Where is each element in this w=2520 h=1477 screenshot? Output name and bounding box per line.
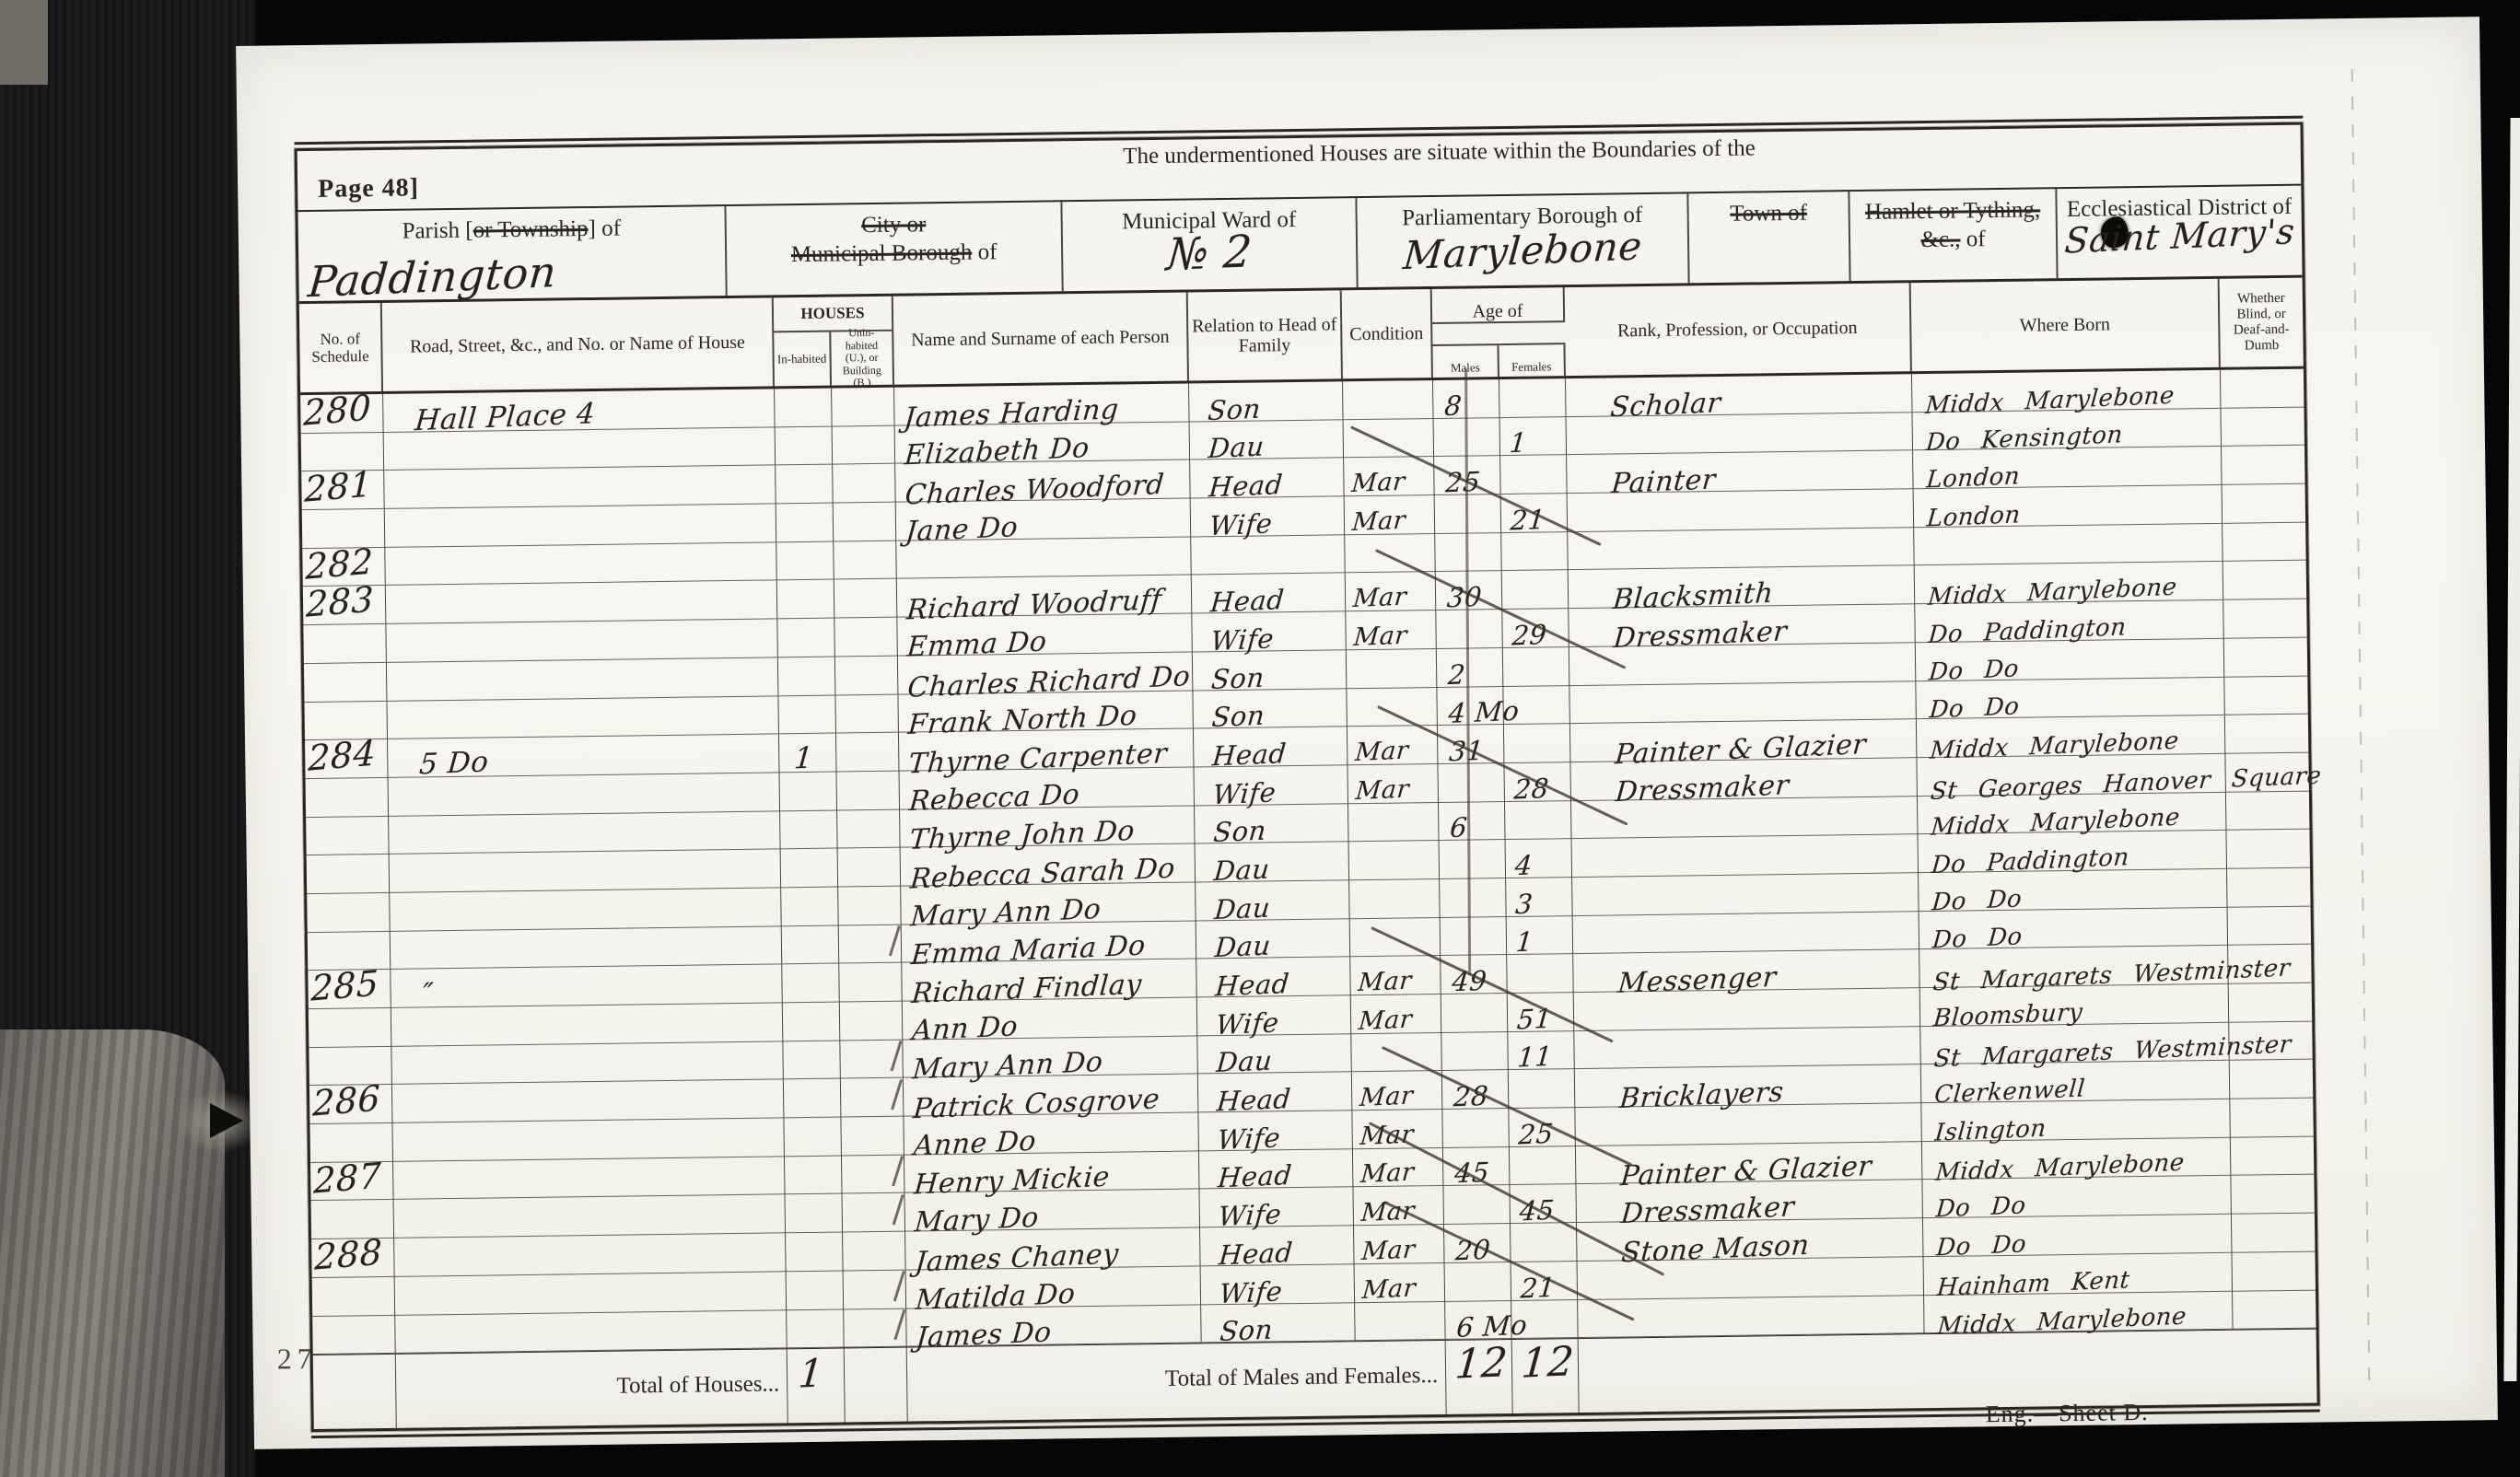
cell-age-male	[1441, 1032, 1509, 1072]
cell-uninhabited	[837, 772, 901, 811]
cell-age-female	[1511, 1223, 1578, 1262]
handwritten-entry: Mar	[1350, 468, 1406, 499]
cell-born: Do Do	[1919, 869, 2228, 912]
adjacent-page-edge	[2503, 118, 2520, 1381]
cell-schedule	[306, 778, 390, 818]
cell-relation: Dau	[1197, 1034, 1352, 1075]
handwritten-entry: 21	[1510, 504, 1547, 537]
cell-born: St Margarets Westminster	[1920, 1022, 2230, 1064]
handwritten-entry: Mar	[1352, 621, 1408, 652]
handwritten-entry: 30	[1446, 581, 1484, 614]
cell-condition: Mar	[1350, 956, 1441, 995]
cell-relation: Dau	[1190, 420, 1345, 460]
cell-blind	[2230, 1060, 2314, 1099]
cell-uninhabited	[835, 694, 899, 734]
cell-uninhabited	[844, 1308, 907, 1348]
cell-born: Do Do	[1922, 1176, 2232, 1218]
cell-inhabited	[777, 619, 835, 657]
cell-name: Jane Do	[896, 499, 1192, 541]
cell-name: Thyrne John Do	[900, 806, 1196, 848]
handwritten-entry: Mar	[1360, 1197, 1417, 1228]
handwritten-entry: 25	[1517, 1118, 1555, 1151]
scan-corner-patch	[0, 0, 48, 85]
cell-age-female: 1	[1507, 916, 1574, 956]
cell-blind	[2228, 906, 2312, 946]
cell-inhabited: 1	[779, 734, 837, 773]
cell-condition: Mar	[1354, 1225, 1445, 1264]
cell-relation: Head	[1190, 459, 1345, 499]
col-header-schedule: No. of Schedule	[299, 303, 383, 392]
cell-occupation	[1572, 873, 1919, 916]
cell-blind	[2224, 637, 2308, 677]
cell-age-female	[1501, 532, 1569, 572]
cell-born: Do Paddington	[1915, 600, 2224, 643]
cell-name: Mary Ann Do	[903, 1036, 1198, 1078]
handwritten-entry: 49	[1451, 965, 1488, 998]
col-header-inhabited: In-habited	[774, 332, 832, 387]
cell-occupation	[1568, 489, 1915, 532]
cell-relation: Wife	[1192, 611, 1347, 652]
cell-occupation	[1571, 797, 1919, 840]
cell-road	[395, 1310, 787, 1354]
cell-name: Rebecca Do	[900, 767, 1196, 809]
cell-age-male	[1435, 533, 1502, 573]
handwritten-entry: 45	[1518, 1194, 1556, 1227]
cell-relation: Son	[1193, 689, 1347, 729]
cell-blind	[2221, 407, 2304, 447]
cell-road	[394, 1195, 787, 1239]
cell-born: Do Do	[1923, 1215, 2233, 1257]
cell-age-female	[1504, 724, 1571, 763]
cell-blind	[2224, 676, 2308, 715]
census-rows: 280Hall Place 4James HardingSon8ScholarM…	[300, 369, 2316, 1355]
cell-blind	[2232, 1251, 2316, 1291]
cell-age-female: 51	[1508, 993, 1575, 1032]
cell-occupation	[1575, 1103, 1922, 1146]
cell-uninhabited	[844, 1270, 907, 1309]
handwritten-entry: 1	[1515, 926, 1535, 959]
handwritten-entry: 1	[1509, 427, 1529, 459]
cell-condition	[1349, 879, 1441, 919]
cell-condition: Mar	[1347, 726, 1439, 765]
cell-name: Richard Woodruff	[897, 576, 1193, 618]
cell-occupation: Stone Mason	[1577, 1218, 1924, 1262]
cell-blind	[2225, 752, 2309, 792]
cell-condition: Mar	[1346, 572, 1437, 611]
cell-blind	[2222, 446, 2305, 485]
cell-uninhabited	[842, 1155, 905, 1194]
cell-road	[392, 1118, 785, 1161]
cell-occupation: Bricklayers	[1575, 1065, 1922, 1109]
cell-born: St Margarets Westminster	[1919, 946, 2229, 988]
cell-schedule: 283	[303, 586, 387, 625]
cell-road	[386, 619, 778, 662]
cell-occupation	[1569, 643, 1917, 686]
census-table: Page 48] The undermentioned Houses are s…	[295, 122, 2320, 1433]
handwritten-entry: ″	[421, 977, 435, 1011]
totals-right-cell	[1579, 1330, 2317, 1413]
handwritten-entry: 2	[1447, 658, 1467, 691]
cell-schedule	[304, 663, 388, 703]
col-header-name: Name and Surname of each Person	[893, 293, 1189, 385]
cell-age-male: 8	[1433, 379, 1500, 419]
cell-blind	[2231, 1175, 2315, 1215]
cell-condition: Mar	[1352, 1110, 1443, 1149]
cell-inhabited	[786, 1233, 844, 1272]
cell-age-female	[1509, 1069, 1576, 1109]
handwritten-entry: 280	[303, 387, 372, 433]
cell-occupation	[1569, 681, 1917, 725]
cell-name	[896, 537, 1192, 579]
cell-condition	[1355, 1301, 1446, 1341]
cell-born: London	[1914, 485, 2223, 528]
cell-road	[389, 811, 781, 855]
cell-inhabited	[787, 1271, 845, 1309]
cell-uninhabited	[833, 425, 896, 465]
cell-road	[384, 466, 776, 509]
cell-age-female	[1500, 456, 1568, 495]
cell-age-female	[1505, 801, 1572, 841]
handwritten-entry: 45	[1453, 1157, 1491, 1190]
cell-age-male	[1436, 610, 1503, 649]
header-field-value: Saint Mary's	[2056, 210, 2304, 264]
cell-schedule	[312, 1277, 396, 1317]
handwritten-entry: Mar	[1360, 1235, 1417, 1266]
cell-age-male	[1434, 418, 1501, 458]
cell-condition	[1348, 803, 1440, 843]
cell-relation: Head	[1200, 1226, 1355, 1266]
col-header-males: Males	[1432, 343, 1499, 378]
cell-uninhabited	[833, 464, 896, 504]
cell-age-male	[1441, 917, 1508, 957]
cell-inhabited	[782, 964, 840, 1003]
header-field-parliamentary: Parliamentary Borough ofMarylebone	[1357, 193, 1689, 287]
cell-occupation: Scholar	[1566, 374, 1913, 417]
cell-name: James Harding	[894, 383, 1190, 425]
cell-age-male: 2	[1437, 648, 1504, 688]
cell-age-male: 6 Mo	[1445, 1300, 1512, 1340]
total-houses-value: 1	[787, 1349, 846, 1424]
cell-age-male: 28	[1442, 1070, 1510, 1110]
handwritten-entry: 4	[1514, 849, 1534, 881]
cell-age-female	[1507, 954, 1574, 994]
cell-inhabited	[783, 1003, 841, 1041]
header-field-label: Town of	[1688, 198, 1848, 229]
cell-relation: Son	[1193, 650, 1347, 691]
cell-road	[387, 696, 779, 739]
cell-born: Middx Marylebone	[1918, 792, 2227, 834]
cell-condition: Mar	[1346, 611, 1437, 650]
cell-inhabited	[781, 887, 839, 925]
cell-age-female: 1	[1500, 417, 1568, 457]
handwritten-entry: 1	[793, 739, 815, 775]
cell-condition: Mar	[1353, 1186, 1444, 1226]
col-header-occupation: Rank, Profession, or Occupation	[1565, 283, 1912, 376]
cell-name: Elizabeth Do	[895, 422, 1191, 464]
cell-name: Emma Do	[897, 614, 1193, 657]
col-header-uninhabited: Unin-habited (U.), or Building (B.)	[831, 331, 894, 386]
cell-occupation	[1578, 1296, 1925, 1339]
cell-condition	[1345, 534, 1436, 574]
totals-uninhabited-cell	[845, 1348, 908, 1423]
cell-name: Emma Maria Do	[902, 921, 1197, 963]
cell-occupation	[1572, 834, 1919, 878]
cell-relation: Head	[1194, 727, 1348, 767]
cell-relation: Head	[1192, 574, 1347, 614]
cell-schedule: 280	[300, 394, 384, 434]
cell-name: Frank North Do	[898, 691, 1194, 733]
cell-age-female	[1510, 1146, 1577, 1186]
cell-blind	[2226, 830, 2310, 869]
cell-age-female: 3	[1506, 878, 1573, 917]
cell-road	[390, 888, 782, 931]
cell-inhabited	[775, 389, 833, 427]
cell-condition	[1347, 649, 1438, 689]
cell-road	[392, 1080, 785, 1123]
cell-occupation	[1574, 988, 1921, 1031]
cell-uninhabited	[838, 848, 902, 888]
cell-name: Rebecca Sarah Do	[901, 844, 1196, 887]
cell-blind	[2233, 1290, 2316, 1330]
handwritten-entry: Mar	[1359, 1120, 1415, 1151]
cell-age-male	[1440, 878, 1507, 918]
cell-born: Do Do	[1916, 639, 2225, 681]
handwritten-entry: 284	[308, 733, 377, 779]
cell-road	[394, 1233, 787, 1276]
cell-age-male	[1441, 994, 1509, 1033]
cell-relation: Head	[1199, 1149, 1354, 1190]
cell-road	[384, 427, 776, 471]
cell-schedule: 287	[310, 1162, 394, 1202]
handwritten-entry: 3	[1514, 888, 1534, 920]
cell-relation: Head	[1198, 1073, 1353, 1113]
cell-condition	[1351, 1033, 1442, 1073]
cell-condition: Mar	[1351, 994, 1442, 1034]
handwritten-entry: 11	[1516, 1041, 1554, 1074]
cell-born: Do Do	[1919, 907, 2229, 949]
cell-schedule	[303, 624, 387, 664]
cell-condition	[1350, 918, 1441, 958]
cell-blind	[2232, 1214, 2316, 1253]
cell-uninhabited	[840, 1002, 904, 1041]
cell-uninhabited	[834, 579, 898, 619]
cell-occupation	[1578, 1257, 1925, 1300]
header-field-city: City orMunicipal Borough of	[726, 202, 1063, 296]
cell-inhabited	[786, 1194, 844, 1233]
handwritten-entry: 31	[1448, 735, 1486, 768]
header-field-parish: Parish [or Township] ofPaddington	[297, 206, 727, 301]
cell-born	[1914, 524, 2223, 566]
cell-age-female: 45	[1510, 1185, 1577, 1225]
handwritten-entry: 8	[1443, 390, 1464, 422]
cell-occupation: Dressmaker	[1570, 758, 1918, 801]
cell-born: Middx Marylebone	[1924, 1291, 2234, 1333]
cell-name: Patrick Cosgrove	[904, 1075, 1199, 1117]
cell-uninhabited	[839, 925, 903, 964]
cell-inhabited	[776, 504, 834, 542]
cell-inhabited	[780, 772, 838, 810]
cell-inhabited	[787, 1309, 845, 1348]
col-header-condition: Condition	[1342, 289, 1433, 378]
handwritten-entry: 51	[1516, 1002, 1554, 1035]
cell-relation: Wife	[1194, 765, 1348, 806]
cell-name: Henry Mickie	[904, 1151, 1200, 1193]
cell-born: Hainham Kent	[1923, 1253, 2233, 1296]
handwritten-entry: 288	[314, 1231, 383, 1277]
cell-born: Islington	[1921, 1099, 2231, 1142]
cell-born: St Georges Hanover Square	[1917, 754, 2226, 797]
handwritten-entry: Mar	[1358, 1005, 1414, 1036]
cell-relation	[1191, 535, 1346, 576]
cell-age-male	[1438, 763, 1505, 803]
cell-blind	[2225, 715, 2309, 754]
cell-uninhabited	[836, 733, 900, 773]
cell-uninhabited	[832, 388, 895, 427]
total-houses-label: Total of Houses...	[616, 1372, 779, 1400]
handwritten-entry: 285	[310, 963, 379, 1009]
cell-occupation	[1568, 528, 1915, 571]
handwritten-entry: 287	[313, 1155, 382, 1201]
cell-age-female: 21	[1511, 1262, 1579, 1301]
cell-occupation: Blacksmith	[1569, 566, 1916, 610]
cell-age-male: 31	[1438, 725, 1505, 764]
cell-name: Charles Richard Do	[898, 652, 1194, 694]
cell-relation: Dau	[1196, 919, 1351, 959]
cell-occupation: Dressmaker	[1569, 604, 1916, 647]
cell-age-female	[1499, 378, 1567, 418]
totals-males-females-cell: Total of Males and Females...	[907, 1341, 1447, 1422]
cell-age-male: 45	[1443, 1147, 1511, 1187]
cell-inhabited	[780, 810, 838, 849]
handwritten-entry: 29	[1511, 619, 1548, 652]
cell-relation: Son	[1201, 1303, 1356, 1343]
cell-born: Do Kensington	[1912, 409, 2222, 451]
handwritten-entry: 25	[1444, 466, 1482, 499]
cell-inhabited	[778, 657, 836, 695]
cell-blind	[2223, 561, 2307, 600]
cell-born: Middx Marylebone	[1922, 1138, 2232, 1180]
col-header-blind: Whether Blind, or Deaf-and-Dumb	[2220, 278, 2304, 367]
col-header-relation: Relation to Head of Family	[1188, 290, 1343, 380]
total-females-value: 12	[1512, 1339, 1580, 1413]
cell-relation: Wife	[1199, 1188, 1354, 1228]
cell-age-male	[1445, 1262, 1512, 1302]
cell-age-female: 11	[1508, 1031, 1575, 1071]
cell-name: Ann Do	[903, 997, 1198, 1040]
handwritten-entry: 28	[1452, 1080, 1490, 1113]
header-field-hamlet: Hamlet or Tything, &c., of	[1849, 189, 2058, 281]
cell-age-male	[1435, 494, 1502, 534]
cell-uninhabited	[835, 656, 899, 695]
census-scan-page: { "scan": { "margin_page_number": "27", …	[0, 0, 2520, 1477]
cell-age-female	[1503, 686, 1570, 726]
cell-road: Hall Place 4	[383, 389, 776, 432]
cell-age-male: 30	[1436, 572, 1503, 611]
cell-road: ″	[391, 965, 783, 1008]
cell-occupation: Painter	[1567, 451, 1914, 494]
cell-age-female	[1511, 1300, 1579, 1340]
cell-inhabited	[778, 695, 836, 734]
cell-name: Anne Do	[904, 1112, 1199, 1155]
cell-schedule: 281	[301, 471, 385, 510]
cell-uninhabited	[841, 1078, 904, 1118]
handwritten-entry: Mar	[1357, 967, 1413, 998]
cell-relation: Head	[1196, 958, 1351, 998]
paper-fold-line	[2351, 69, 2371, 1386]
cell-inhabited	[785, 1156, 843, 1194]
cell-blind	[2231, 1136, 2315, 1176]
cell-age-female: 21	[1501, 494, 1569, 533]
handwritten-entry: 286	[312, 1078, 381, 1124]
cell-born: London	[1913, 447, 2222, 489]
totals-houses-cell: Total of Houses...	[396, 1349, 788, 1428]
cell-condition: Mar	[1355, 1263, 1446, 1303]
cell-occupation	[1574, 1027, 1921, 1070]
page-number-label: Page 48]	[318, 173, 419, 204]
cell-inhabited	[776, 465, 834, 504]
cell-condition: Mar	[1352, 1071, 1443, 1111]
cell-condition	[1343, 380, 1434, 420]
header-field-label: City orMunicipal Borough of	[727, 208, 1062, 270]
cell-inhabited	[782, 925, 840, 964]
cell-blind	[2221, 369, 2304, 409]
cell-name: Mary Ann Do	[901, 882, 1196, 925]
cell-road: 5 Do	[388, 735, 780, 778]
handwritten-entry: 21	[1520, 1271, 1557, 1304]
cell-relation: Wife	[1198, 1111, 1353, 1151]
header-field-ecclesiastical: Ecclesiastical District ofSaint Mary's	[2057, 186, 2302, 278]
cell-inhabited	[776, 541, 834, 580]
handwritten-entry: 6	[1449, 811, 1469, 843]
handwritten-entry: Mar	[1361, 1273, 1417, 1305]
cell-occupation: Painter & Glazier	[1576, 1142, 1923, 1185]
cell-schedule	[307, 855, 391, 894]
cell-born: Clerkenwell	[1921, 1061, 2231, 1103]
cell-inhabited	[776, 426, 834, 465]
cell-age-male: 4 Mo	[1437, 687, 1504, 727]
cell-name: Mary Do	[905, 1190, 1201, 1232]
totals-schedule-cell	[313, 1355, 397, 1429]
handwritten-entry: Mar	[1354, 736, 1410, 767]
cell-age-male: 6	[1439, 802, 1506, 842]
cell-schedule: 284	[305, 739, 389, 779]
cell-name: Thyrne Carpenter	[899, 729, 1195, 772]
cell-name: Matilda Do	[906, 1266, 1202, 1308]
handwritten-entry: 281	[304, 464, 373, 510]
cell-condition: Mar	[1353, 1148, 1444, 1188]
cell-age-female: 28	[1504, 762, 1571, 802]
cell-age-female: 4	[1506, 839, 1573, 878]
cell-blind	[2228, 945, 2312, 984]
handwritten-entry: 20	[1454, 1234, 1492, 1267]
cell-relation: Dau	[1196, 880, 1350, 921]
cell-uninhabited	[834, 503, 897, 542]
cell-name: James Chaney	[905, 1228, 1201, 1271]
cell-relation: Wife	[1191, 496, 1346, 537]
cell-occupation: Dressmaker	[1576, 1180, 1923, 1224]
cell-road	[385, 504, 777, 547]
cell-road	[393, 1157, 786, 1200]
col-header-born: Where Born	[1911, 279, 2221, 371]
cell-born: Do Do	[1916, 677, 2225, 719]
cell-uninhabited	[843, 1232, 906, 1272]
cell-uninhabited	[841, 1117, 904, 1157]
boundaries-caption: The undermentioned Houses are situate wi…	[1123, 135, 1756, 169]
cell-condition: Mar	[1347, 764, 1439, 804]
cell-blind	[2227, 868, 2311, 908]
col-header-females: Females	[1499, 343, 1565, 377]
cell-condition: Mar	[1344, 457, 1435, 496]
